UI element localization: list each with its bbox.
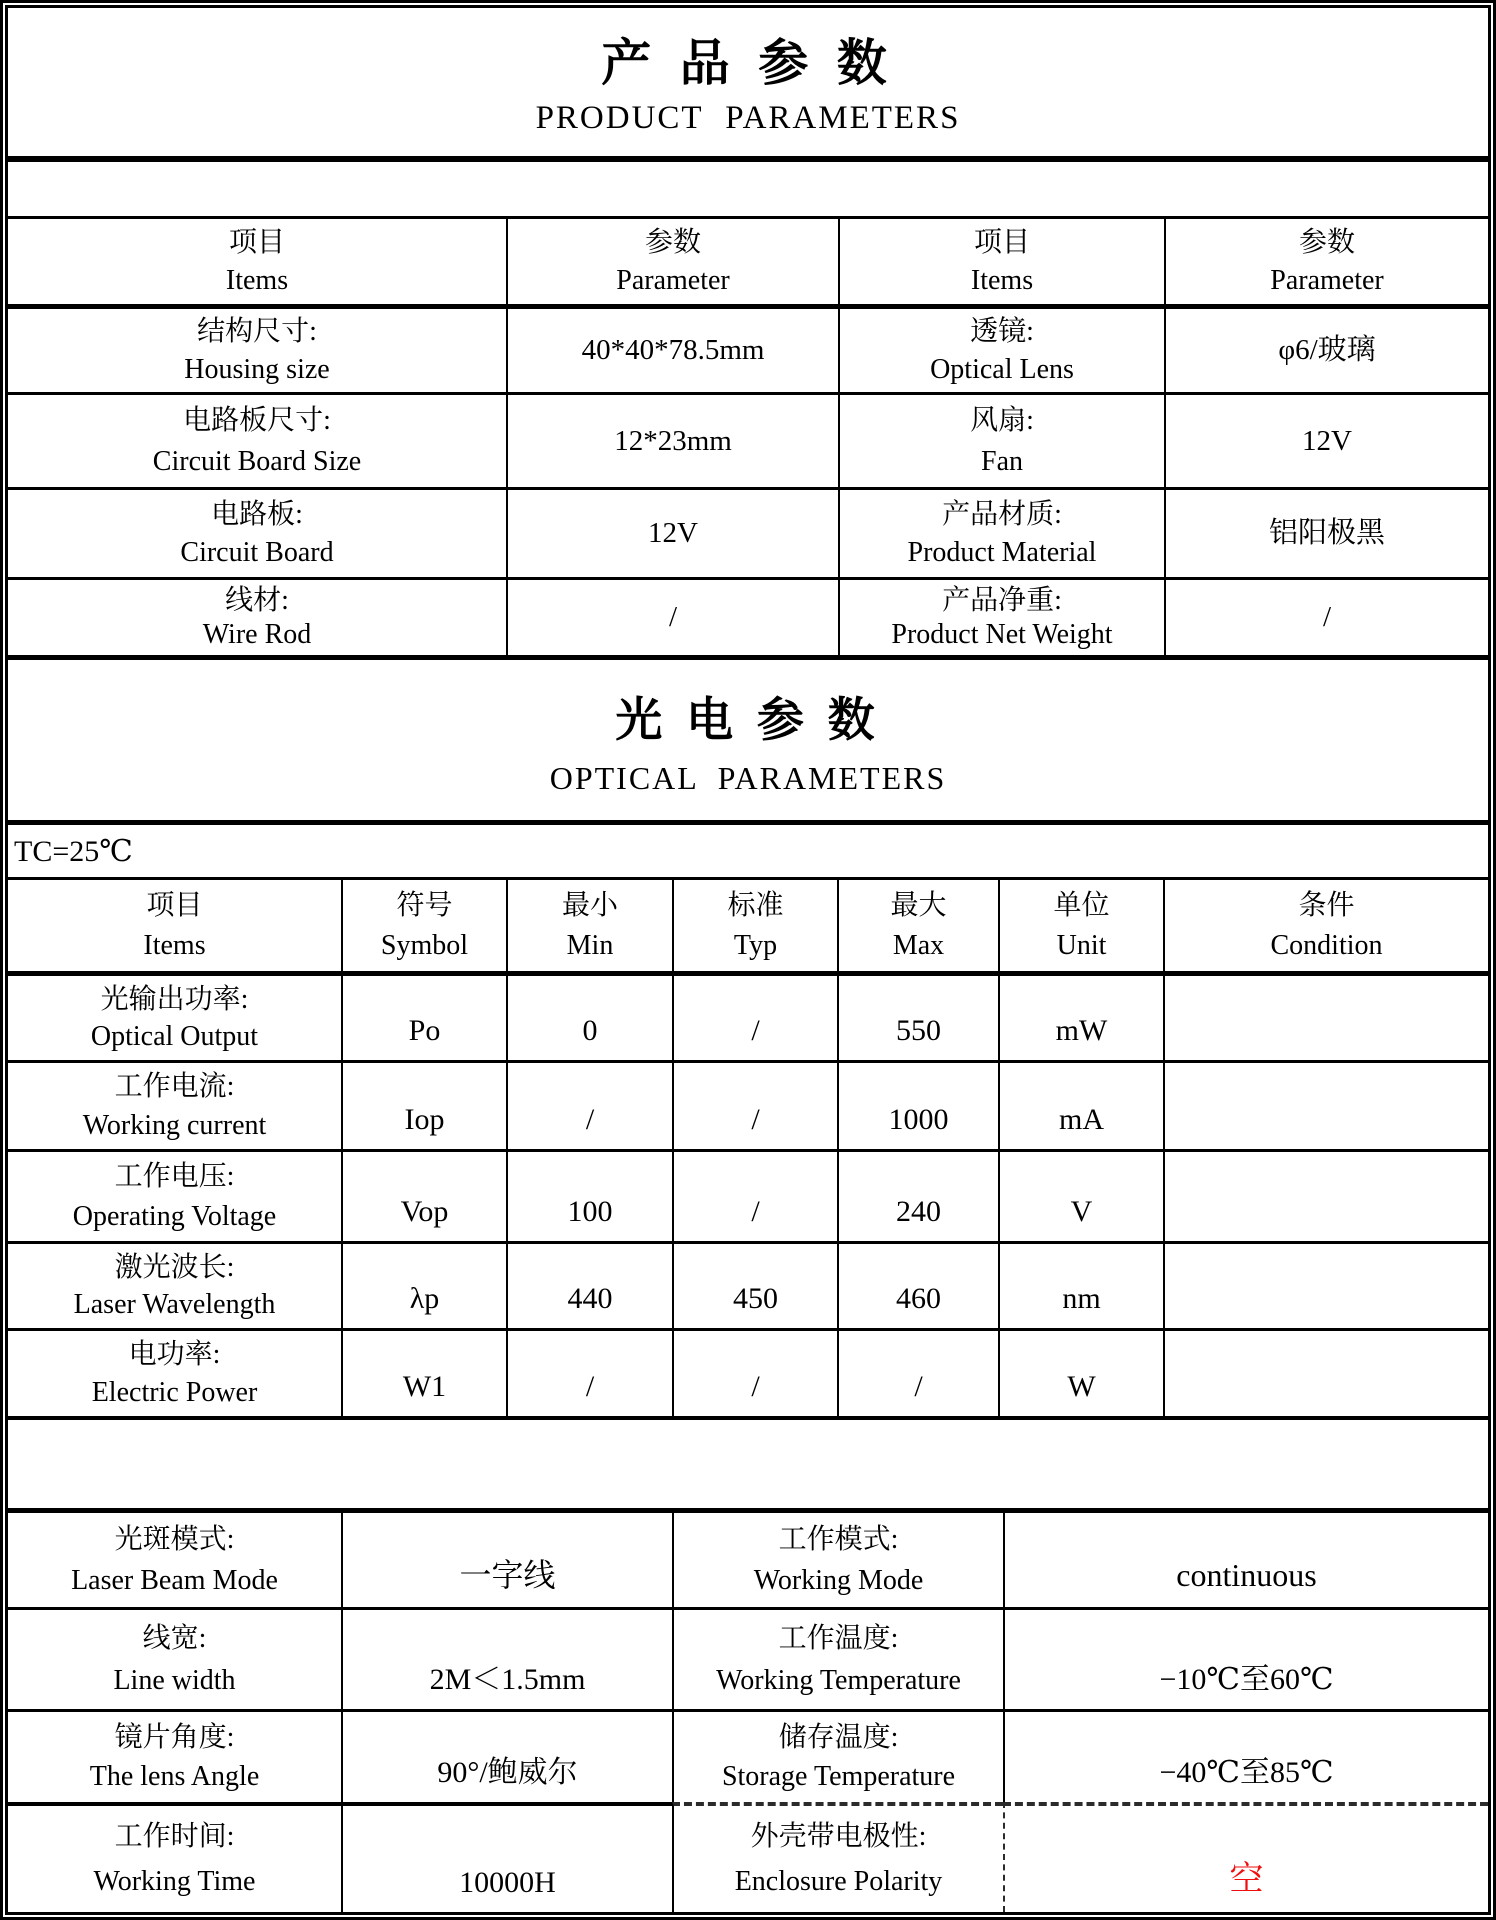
unit-cell: mA [998, 1060, 1163, 1149]
item-cell-circuit-board-size: 电路板尺寸:Circuit Board Size [8, 392, 506, 487]
header-cell: 条件Condition [1163, 880, 1488, 971]
item-cell-working-time: 工作时间:Working Time [8, 1802, 341, 1912]
header-label-en: Items [226, 264, 288, 297]
item-label-en: Laser Wavelength [74, 1288, 276, 1321]
value-cell-lens-angle: 90°/鲍威尔 [341, 1709, 672, 1802]
empty-row [8, 1416, 1488, 1508]
item-cell-optical-output: 光输出功率:Optical Output [8, 971, 341, 1060]
symbol-cell: W1 [341, 1328, 506, 1416]
page-title: 产 品 参 数 [601, 23, 895, 95]
header-cell: 最小Min [506, 880, 672, 971]
characteristics-table: 光斑模式:Laser Beam Mode 一字线 工作模式:Working Mo… [8, 1508, 1488, 1912]
item-label-cn: 线材: [225, 584, 289, 617]
item-label-cn: 电路板尺寸: [183, 404, 331, 437]
header-label-en: Typ [734, 929, 777, 962]
item-label-en: Enclosure Polarity [735, 1865, 943, 1898]
min-cell: 440 [506, 1241, 672, 1328]
condition-cell [1163, 1241, 1488, 1328]
item-cell-working-mode: 工作模式:Working Mode [672, 1513, 1003, 1607]
header-label-en: Items [971, 264, 1033, 297]
typ-cell: / [672, 1149, 837, 1241]
item-cell-operating-voltage: 工作电压:Operating Voltage [8, 1149, 341, 1241]
header-label-en: Parameter [616, 264, 730, 297]
optical-section-title: 光 电 参 数 [615, 683, 880, 750]
condition-cell [1163, 1060, 1488, 1149]
item-label-en: Electric Power [92, 1376, 258, 1409]
item-label-cn: 产品材质: [942, 498, 1062, 531]
item-cell-laser-beam-mode: 光斑模式:Laser Beam Mode [8, 1513, 341, 1607]
product-datasheet: 产 品 参 数 PRODUCT PARAMETERS 项目Items 参数Par… [0, 0, 1496, 1920]
item-cell-line-width: 线宽:Line width [8, 1607, 341, 1709]
value-cell-net-weight: / [1164, 577, 1488, 655]
value-cell-working-temperature: −10℃至60℃ [1003, 1607, 1488, 1709]
item-cell-wire-rod: 线材:Wire Rod [8, 577, 506, 655]
header-label-cn: 标准 [727, 889, 783, 922]
symbol-cell: Vop [341, 1149, 506, 1241]
item-cell-lens-angle: 镜片角度:The lens Angle [8, 1709, 341, 1802]
header-label-cn: 项目 [146, 889, 202, 922]
value-cell-enclosure-polarity: 空 [1003, 1802, 1488, 1912]
header-label-cn: 参数 [1299, 226, 1355, 259]
max-cell: 1000 [837, 1060, 998, 1149]
item-label-en: Storage Temperature [722, 1760, 955, 1793]
header-label-cn: 条件 [1298, 889, 1354, 922]
item-label-en: Circuit Board Size [153, 445, 361, 478]
datasheet-frame: 产 品 参 数 PRODUCT PARAMETERS 项目Items 参数Par… [5, 5, 1491, 1915]
item-label-cn: 工作电流: [115, 1070, 235, 1103]
item-label-cn: 工作时间: [115, 1820, 235, 1853]
value-cell-working-time: 10000H [341, 1802, 672, 1912]
symbol-cell: Iop [341, 1060, 506, 1149]
item-label-cn: 电路板: [211, 498, 303, 531]
item-label-en: Optical Lens [930, 353, 1074, 386]
item-label-en: Product Material [908, 536, 1097, 569]
value-cell-circuit-board: 12V [506, 487, 838, 577]
optical-parameters-table: 项目Items 符号Symbol 最小Min 标准Typ 最大Max 单位Uni… [8, 877, 1488, 1416]
max-cell: 460 [837, 1241, 998, 1328]
header-label-en: Max [893, 929, 944, 962]
empty-row [8, 156, 1488, 216]
unit-cell: nm [998, 1241, 1163, 1328]
value-cell-laser-beam-mode: 一字线 [341, 1513, 672, 1607]
item-label-cn: 线宽: [143, 1622, 207, 1655]
header-label-cn: 项目 [229, 226, 285, 259]
min-cell: / [506, 1328, 672, 1416]
typ-cell: / [672, 971, 837, 1060]
max-cell: 240 [837, 1149, 998, 1241]
item-label-en: Line width [113, 1664, 235, 1697]
item-label-cn: 光输出功率: [101, 983, 249, 1016]
header-cell: 项目Items [838, 219, 1164, 304]
item-label-en: Fan [981, 445, 1023, 478]
item-label-en: Working Time [94, 1865, 256, 1898]
header-cell: 最大Max [837, 880, 998, 971]
item-label-cn: 透镜: [970, 315, 1034, 348]
item-label-en: Product Net Weight [891, 618, 1112, 651]
condition-cell [1163, 971, 1488, 1060]
item-label-en: Housing size [184, 353, 329, 386]
tc-condition-note: TC=25℃ [8, 820, 1488, 877]
max-cell: / [837, 1328, 998, 1416]
header-label-cn: 符号 [396, 889, 452, 922]
item-label-en: The lens Angle [90, 1760, 260, 1793]
value-cell-product-material: 铝阳极黑 [1164, 487, 1488, 577]
item-label-cn: 外壳带电极性: [751, 1820, 927, 1853]
item-cell-storage-temperature: 储存温度:Storage Temperature [672, 1709, 1003, 1802]
item-cell-circuit-board: 电路板:Circuit Board [8, 487, 506, 577]
header-label-en: Min [567, 929, 614, 962]
item-cell-housing-size: 结构尺寸:Housing size [8, 304, 506, 392]
min-cell: 0 [506, 971, 672, 1060]
item-label-en: Circuit Board [180, 536, 333, 569]
item-label-en: Wire Rod [203, 618, 312, 651]
optical-section-subtitle: OPTICAL PARAMETERS [550, 760, 947, 797]
header-label-cn: 参数 [645, 226, 701, 259]
condition-cell [1163, 1149, 1488, 1241]
condition-cell [1163, 1328, 1488, 1416]
item-cell-product-material: 产品材质:Product Material [838, 487, 1164, 577]
value-cell-circuit-board-size: 12*23mm [506, 392, 838, 487]
header-label-en: Unit [1057, 929, 1107, 962]
header-cell: 参数Parameter [506, 219, 838, 304]
item-cell-laser-wavelength: 激光波长:Laser Wavelength [8, 1241, 341, 1328]
min-cell: / [506, 1060, 672, 1149]
header-cell: 参数Parameter [1164, 219, 1488, 304]
header-cell: 项目Items [8, 880, 341, 971]
item-label-en: Working Mode [754, 1564, 924, 1597]
item-label-cn: 结构尺寸: [197, 315, 317, 348]
item-label-cn: 镜片角度: [115, 1721, 235, 1754]
page-title-block: 产 品 参 数 PRODUCT PARAMETERS [8, 8, 1488, 156]
header-label-en: Condition [1270, 929, 1382, 962]
item-cell-optical-lens: 透镜:Optical Lens [838, 304, 1164, 392]
item-cell-net-weight: 产品净重:Product Net Weight [838, 577, 1164, 655]
symbol-cell: λp [341, 1241, 506, 1328]
header-label-cn: 最大 [890, 889, 946, 922]
item-label-en: Operating Voltage [73, 1200, 276, 1233]
header-label-en: Symbol [381, 929, 468, 962]
page-subtitle: PRODUCT PARAMETERS [536, 100, 961, 137]
value-cell-housing-size: 40*40*78.5mm [506, 304, 838, 392]
header-cell: 符号Symbol [341, 880, 506, 971]
item-label-cn: 电功率: [129, 1338, 221, 1371]
item-label-cn: 储存温度: [779, 1721, 899, 1754]
item-label-cn: 风扇: [970, 404, 1034, 437]
value-cell-storage-temperature: −40℃至85℃ [1003, 1709, 1488, 1802]
optical-section-title-block: 光 电 参 数 OPTICAL PARAMETERS [8, 655, 1488, 820]
max-cell: 550 [837, 971, 998, 1060]
item-label-en: Working current [83, 1109, 267, 1142]
header-label-cn: 项目 [974, 226, 1030, 259]
value-cell-working-mode: continuous [1003, 1513, 1488, 1607]
item-cell-enclosure-polarity: 外壳带电极性:Enclosure Polarity [672, 1802, 1003, 1912]
item-label-cn: 产品净重: [942, 584, 1062, 617]
item-label-cn: 工作温度: [779, 1622, 899, 1655]
item-label-cn: 工作电压: [115, 1160, 235, 1193]
header-cell: 标准Typ [672, 880, 837, 971]
typ-cell: / [672, 1328, 837, 1416]
header-cell: 单位Unit [998, 880, 1163, 971]
item-cell-fan: 风扇:Fan [838, 392, 1164, 487]
unit-cell: V [998, 1149, 1163, 1241]
header-label-en: Parameter [1270, 264, 1384, 297]
item-label-en: Working Temperature [716, 1664, 961, 1697]
typ-cell: / [672, 1060, 837, 1149]
header-cell: 项目Items [8, 219, 506, 304]
item-cell-working-temperature: 工作温度:Working Temperature [672, 1607, 1003, 1709]
value-cell-optical-lens: φ6/玻璃 [1164, 304, 1488, 392]
typ-cell: 450 [672, 1241, 837, 1328]
item-label-en: Optical Output [91, 1020, 258, 1053]
item-cell-electric-power: 电功率:Electric Power [8, 1328, 341, 1416]
unit-cell: W [998, 1328, 1163, 1416]
item-label-cn: 激光波长: [115, 1251, 235, 1284]
symbol-cell: Po [341, 971, 506, 1060]
item-label-en: Laser Beam Mode [71, 1564, 278, 1597]
header-label-cn: 单位 [1053, 889, 1109, 922]
item-label-cn: 光斑模式: [115, 1523, 235, 1556]
header-label-cn: 最小 [562, 889, 618, 922]
value-cell-line-width: 2M＜1.5mm [341, 1607, 672, 1709]
header-label-en: Items [143, 929, 205, 962]
unit-cell: mW [998, 971, 1163, 1060]
item-label-cn: 工作模式: [779, 1523, 899, 1556]
value-cell-wire-rod: / [506, 577, 838, 655]
value-cell-fan: 12V [1164, 392, 1488, 487]
item-cell-working-current: 工作电流:Working current [8, 1060, 341, 1149]
min-cell: 100 [506, 1149, 672, 1241]
product-parameters-table: 项目Items 参数Parameter 项目Items 参数Parameter … [8, 216, 1488, 655]
